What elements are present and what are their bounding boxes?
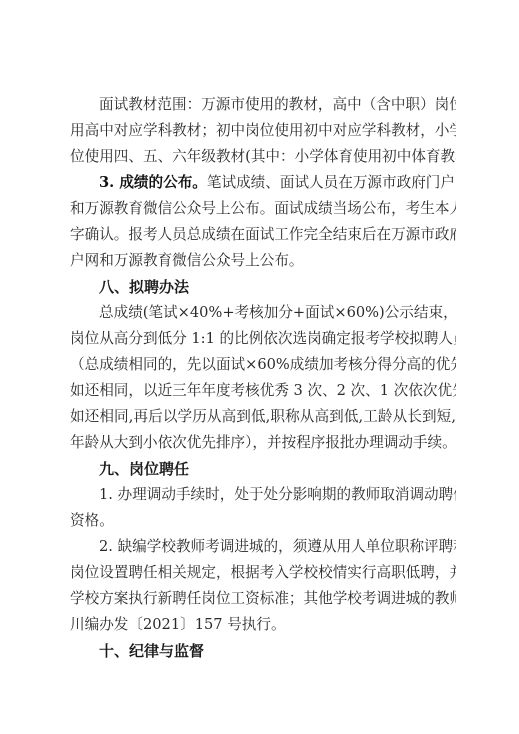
- paragraph-line: 川编办发〔2021〕157 号执行。: [70, 612, 456, 638]
- paragraph-line: 户网和万源教育微信公众号上公布。: [70, 248, 456, 274]
- section-heading-8: 八、拟聘办法: [70, 274, 456, 300]
- paragraph-line: 用高中对应学科教材；初中岗位使用初中对应学科教材，小学岗: [70, 118, 456, 144]
- paragraph-line: 如还相同，以近三年年度考核优秀 3 次、2 次、1 次依次优先；: [70, 378, 456, 404]
- paragraph-line: 资格。: [70, 508, 456, 534]
- paragraph-line-results: 3. 成绩的公布。笔试成绩、面试人员在万源市政府门户网: [70, 170, 456, 196]
- paragraph-line: 学校方案执行新聘任岗位工资标准；其他学校考调进城的教师按: [70, 586, 456, 612]
- results-first-line: 笔试成绩、面试人员在万源市政府门户网: [207, 174, 456, 191]
- paragraph-line: 面试教材范围：万源市使用的教材，高中（含中职）岗位使: [70, 92, 456, 118]
- paragraph-line: 和万源教育微信公众号上公布。面试成绩当场公布，考生本人签: [70, 196, 456, 222]
- paragraph-line: 年龄从大到小依次优先排序），并按程序报批办理调动手续。: [70, 430, 456, 456]
- document-page: 面试教材范围：万源市使用的教材，高中（含中职）岗位使 用高中对应学科教材；初中岗…: [70, 92, 456, 664]
- section-heading-10: 十、纪律与监督: [70, 638, 456, 664]
- paragraph-line: （总成绩相同的，先以面试×60%成绩加考核分得分高的优先；: [70, 352, 456, 378]
- paragraph-line: 岗位从高分到低分 1:1 的比例依次选岗确定报考学校拟聘人员: [70, 326, 456, 352]
- paragraph-line: 岗位设置聘任相关规定，根据考入学校校情实行高职低聘，并按: [70, 560, 456, 586]
- paragraph-line: 1. 办理调动手续时，处于处分影响期的教师取消调动聘任: [70, 482, 456, 508]
- paragraph-line: 总成绩(笔试×40%+考核加分+面试×60%)公示结束，按报考: [70, 300, 456, 326]
- section-heading-9: 九、岗位聘任: [70, 456, 456, 482]
- paragraph-line: 如还相同,再后以学历从高到低,职称从高到低,工龄从长到短,: [70, 404, 456, 430]
- paragraph-line: 字确认。报考人员总成绩在面试工作完全结束后在万源市政府门: [70, 222, 456, 248]
- paragraph-line: 2. 缺编学校教师考调进城的，须遵从用人单位职称评聘和: [70, 534, 456, 560]
- results-lead: 3. 成绩的公布。: [99, 174, 207, 191]
- paragraph-line: 位使用四、五、六年级教材(其中：小学体育使用初中体育教材)。: [70, 144, 456, 170]
